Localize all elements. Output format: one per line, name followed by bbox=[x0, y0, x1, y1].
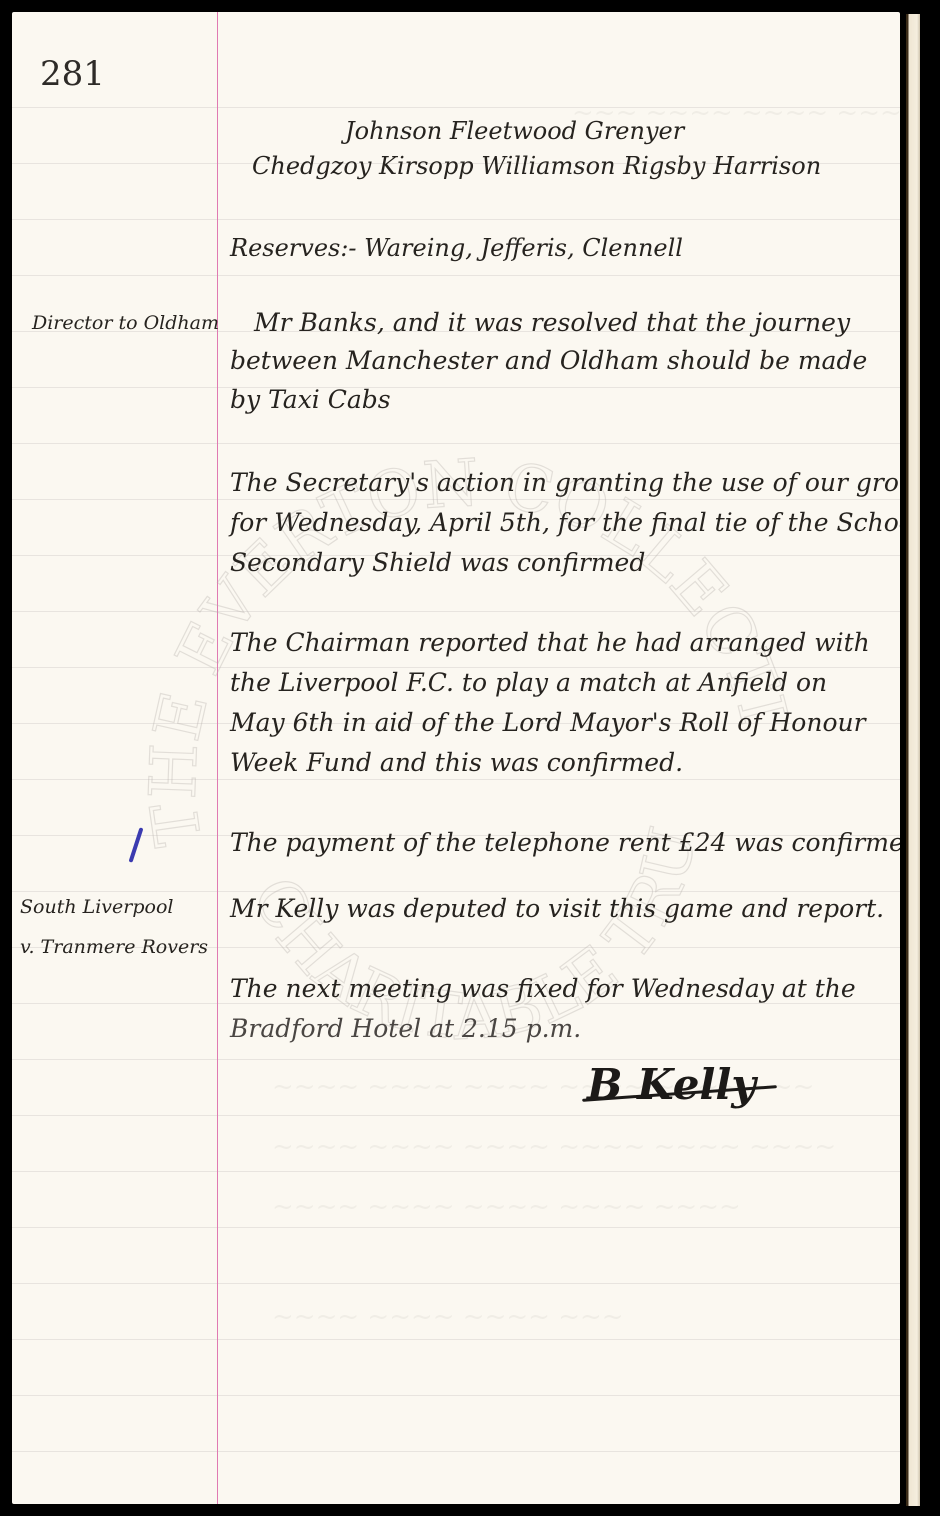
bleed-through-text: ~~~~ ~~~~ ~~~~ ~~~~ ~~~~ ~~~~ bbox=[272, 1132, 836, 1162]
ruled-line bbox=[12, 1003, 900, 1004]
ruled-line bbox=[12, 1339, 900, 1340]
ruled-line bbox=[12, 1115, 900, 1116]
ruled-line bbox=[12, 1451, 900, 1452]
minute-line: Mr Banks, and it was resolved that the j… bbox=[254, 308, 850, 337]
ruled-line bbox=[12, 275, 900, 276]
minute-line: The Chairman reported that he had arrang… bbox=[230, 628, 870, 657]
minute-line: Week Fund and this was confirmed. bbox=[230, 748, 683, 777]
bleed-through-text: ~~~~ ~~~~ ~~~~ ~~~~ ~~~~ bbox=[272, 1192, 741, 1222]
page-number: 281 bbox=[40, 54, 105, 94]
ruled-line bbox=[12, 219, 900, 220]
ruled-line bbox=[12, 611, 900, 612]
ledger-page: ~~~ ~~~~ ~~~~ ~~~ ~~~~ ~~~~ ~~~~ ~~~~ ~~… bbox=[12, 12, 900, 1504]
margin-note-south-liverpool: South Liverpool bbox=[20, 896, 173, 918]
minute-line: The Secretary's action in granting the u… bbox=[230, 468, 900, 497]
ruled-line bbox=[12, 499, 900, 500]
minute-line: The payment of the telephone rent £24 wa… bbox=[230, 828, 900, 857]
minute-line: Bradford Hotel at 2.15 p.m. bbox=[230, 1014, 581, 1043]
ruled-line bbox=[12, 1395, 900, 1396]
minute-line: by Taxi Cabs bbox=[230, 385, 391, 414]
signature: B Kelly bbox=[587, 1060, 756, 1109]
ruled-line bbox=[12, 387, 900, 388]
minute-line: Secondary Shield was confirmed bbox=[230, 548, 645, 577]
bleed-through-text: ~~~~ ~~~~ ~~~~ ~~~ bbox=[272, 1302, 624, 1332]
book-spine-edge bbox=[906, 14, 920, 1506]
ruled-line bbox=[12, 779, 900, 780]
ruled-line bbox=[12, 443, 900, 444]
team-line-1: Johnson Fleetwood Grenyer bbox=[345, 117, 684, 145]
ruled-line bbox=[12, 1227, 900, 1228]
margin-rule bbox=[217, 12, 218, 1504]
ruled-line bbox=[12, 891, 900, 892]
team-reserves: Reserves:- Wareing, Jefferis, Clennell bbox=[230, 234, 683, 262]
margin-note-director-to-oldham: Director to Oldham bbox=[32, 312, 219, 334]
margin-note-tranmere-rovers: v. Tranmere Rovers bbox=[20, 936, 208, 958]
team-line-2: Chedgzoy Kirsopp Williamson Rigsby Harri… bbox=[252, 152, 821, 180]
minute-line: the Liverpool F.C. to play a match at An… bbox=[230, 668, 827, 697]
minute-line: for Wednesday, April 5th, for the final … bbox=[230, 508, 900, 537]
minute-line: between Manchester and Oldham should be … bbox=[230, 346, 867, 375]
minute-line: Mr Kelly was deputed to visit this game … bbox=[230, 894, 884, 923]
check-mark-icon bbox=[129, 827, 144, 862]
minute-line: The next meeting was fixed for Wednesday… bbox=[230, 974, 856, 1003]
minute-line: May 6th in aid of the Lord Mayor's Roll … bbox=[230, 708, 866, 737]
ruled-line bbox=[12, 1059, 900, 1060]
ruled-line bbox=[12, 1283, 900, 1284]
ruled-line bbox=[12, 1171, 900, 1172]
